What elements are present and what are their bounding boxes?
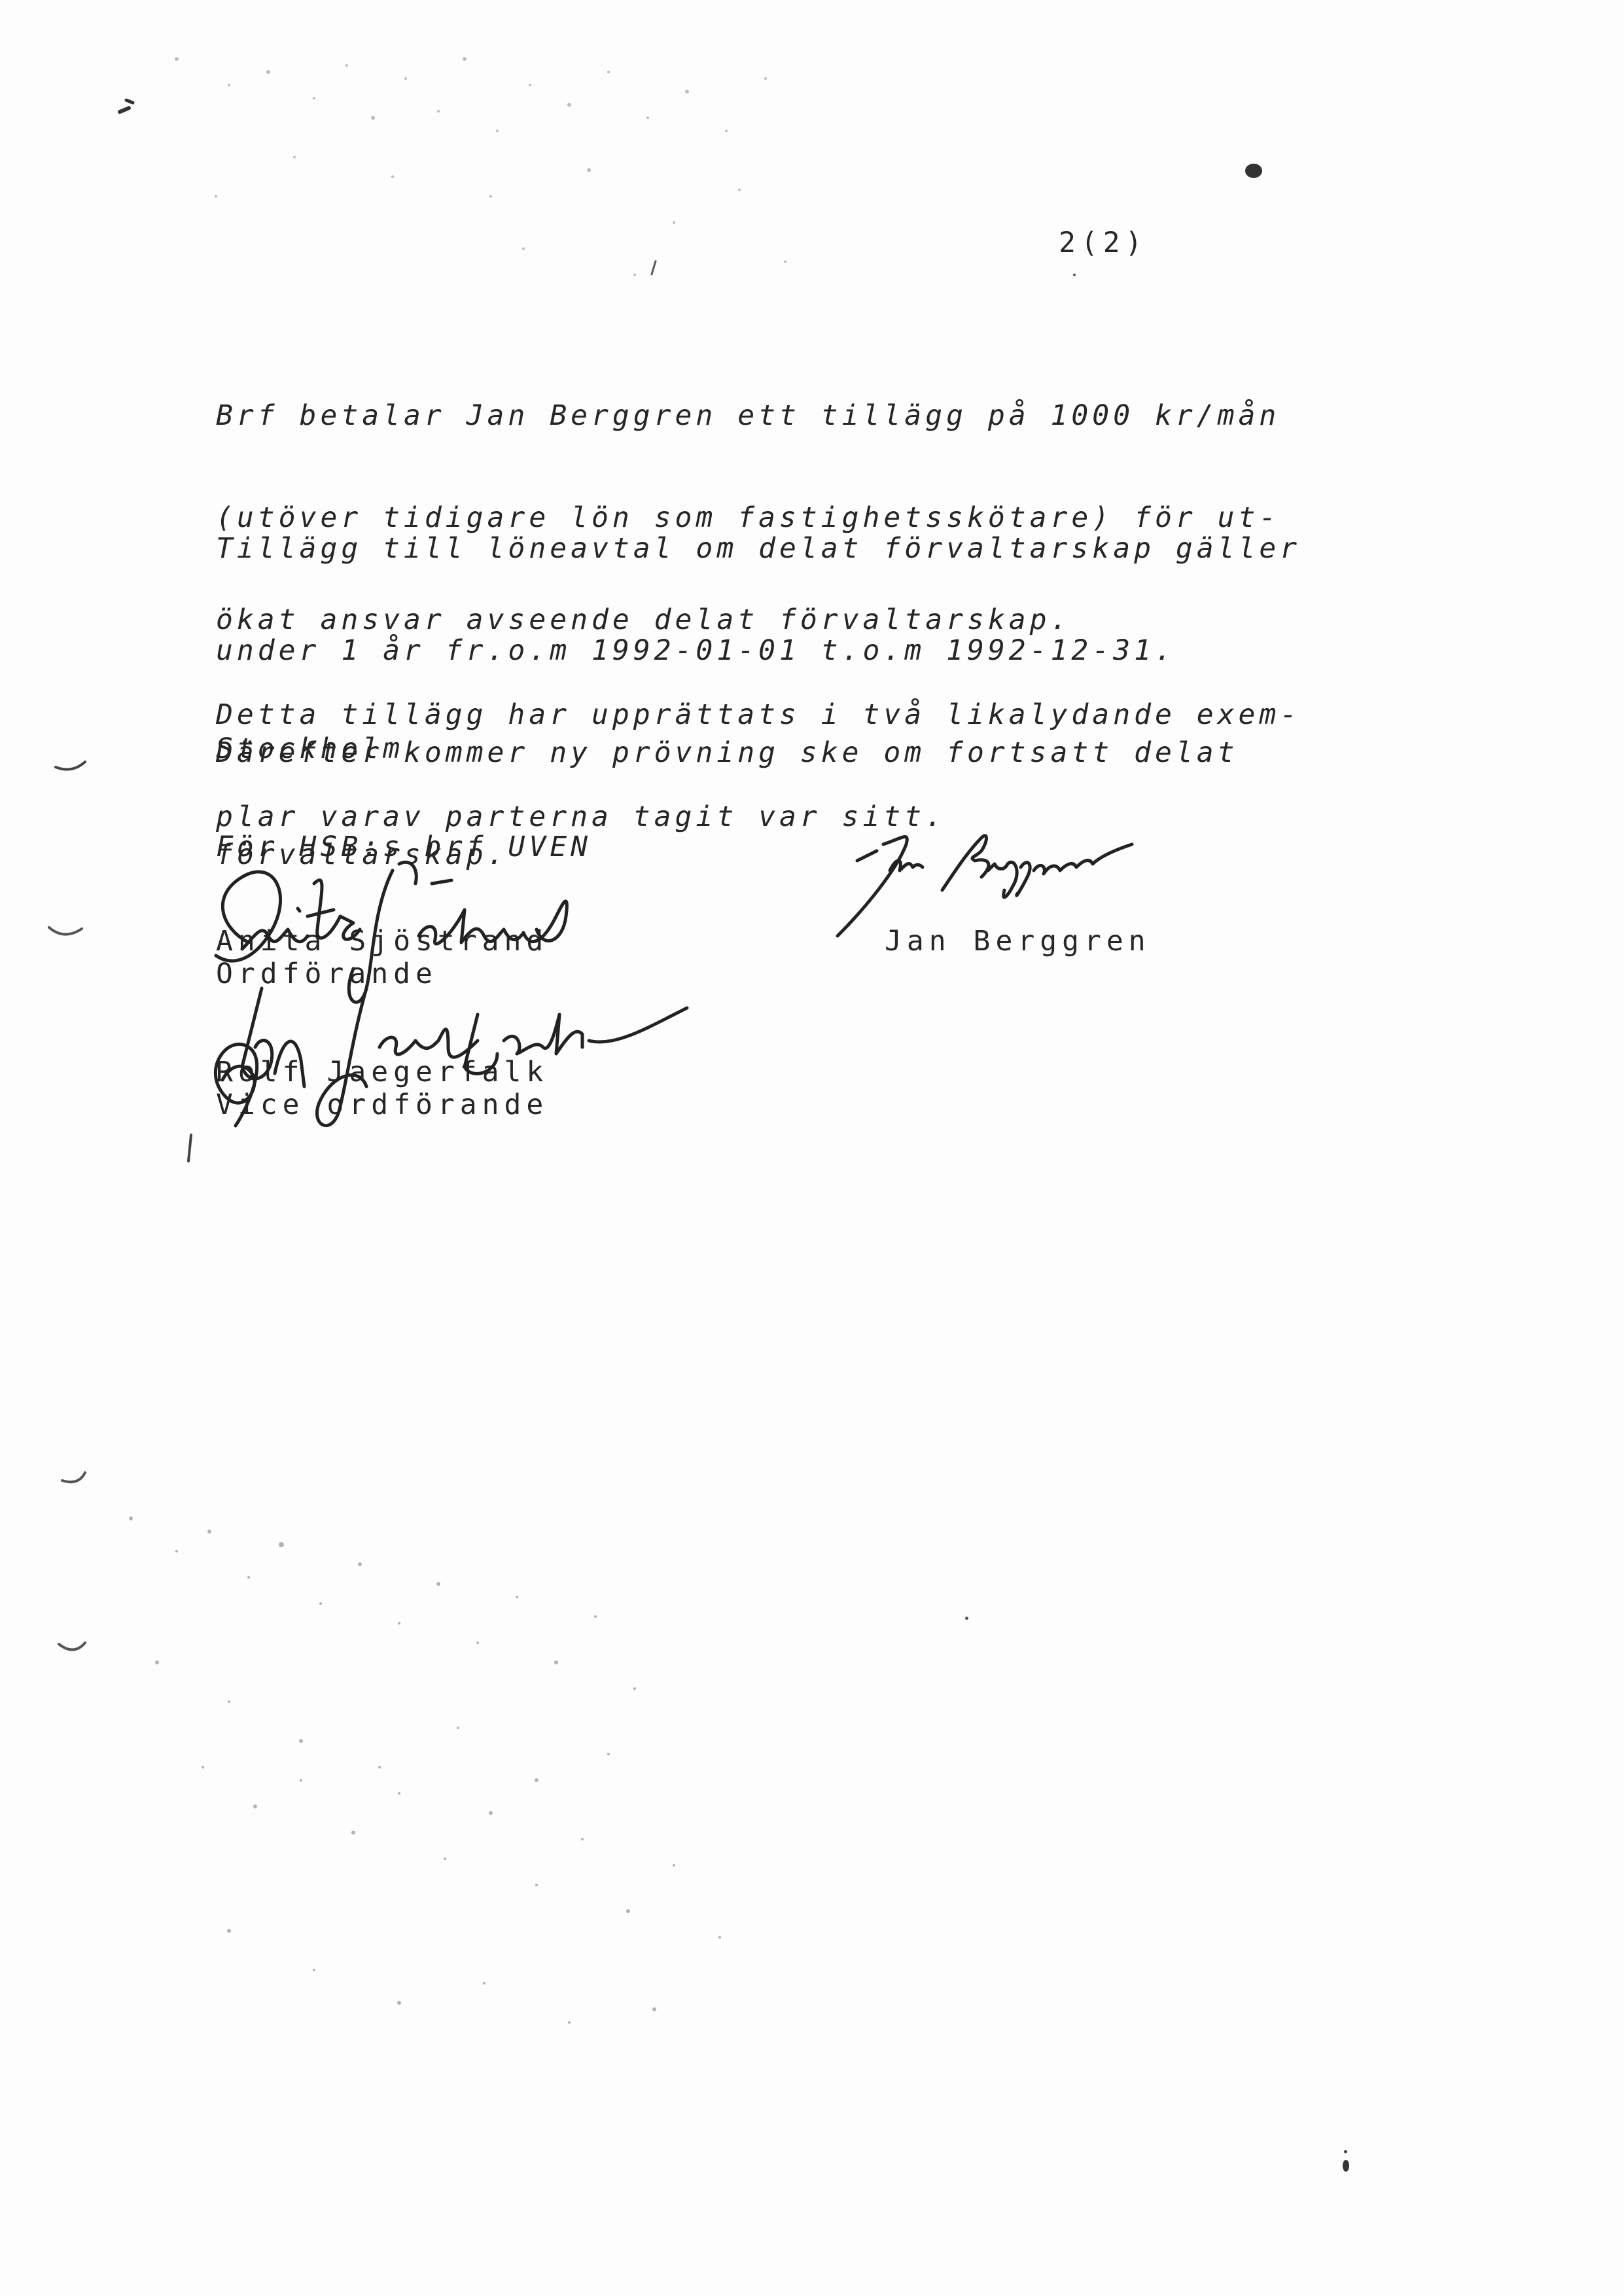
- pen-tick: [648, 259, 661, 278]
- text-line: Tillägg till löneavtal om delat förvalta…: [216, 531, 1301, 565]
- document-page: 2(2) Brf betalar Jan Berggren ett tilläg…: [0, 0, 1624, 2296]
- ink-smudge: [115, 95, 141, 121]
- ink-speck: [965, 1617, 968, 1620]
- hole-punch-mark: [56, 1636, 95, 1662]
- scan-noise-lower-b: [164, 1734, 752, 2062]
- hole-punch-mark: [59, 1466, 98, 1492]
- scan-noise-top: [98, 26, 818, 301]
- ink-speck: [1343, 2160, 1349, 2172]
- ink-speck: [1245, 164, 1262, 178]
- page-number: 2(2): [1059, 226, 1148, 260]
- ink-speck: [1344, 2150, 1347, 2153]
- signature-jan-berggren: [824, 812, 1243, 942]
- signature-rolf-jaegerfalk: [190, 975, 713, 1145]
- text-line: Detta tillägg har upprättats i två likal…: [216, 698, 1301, 732]
- text-line: Brf betalar Jan Berggren ett tillägg på …: [216, 399, 1280, 433]
- hole-punch-mark: [52, 753, 92, 779]
- place: Stockholm: [216, 732, 404, 766]
- ink-speck: [1073, 274, 1076, 276]
- hole-punch-mark: [46, 920, 85, 946]
